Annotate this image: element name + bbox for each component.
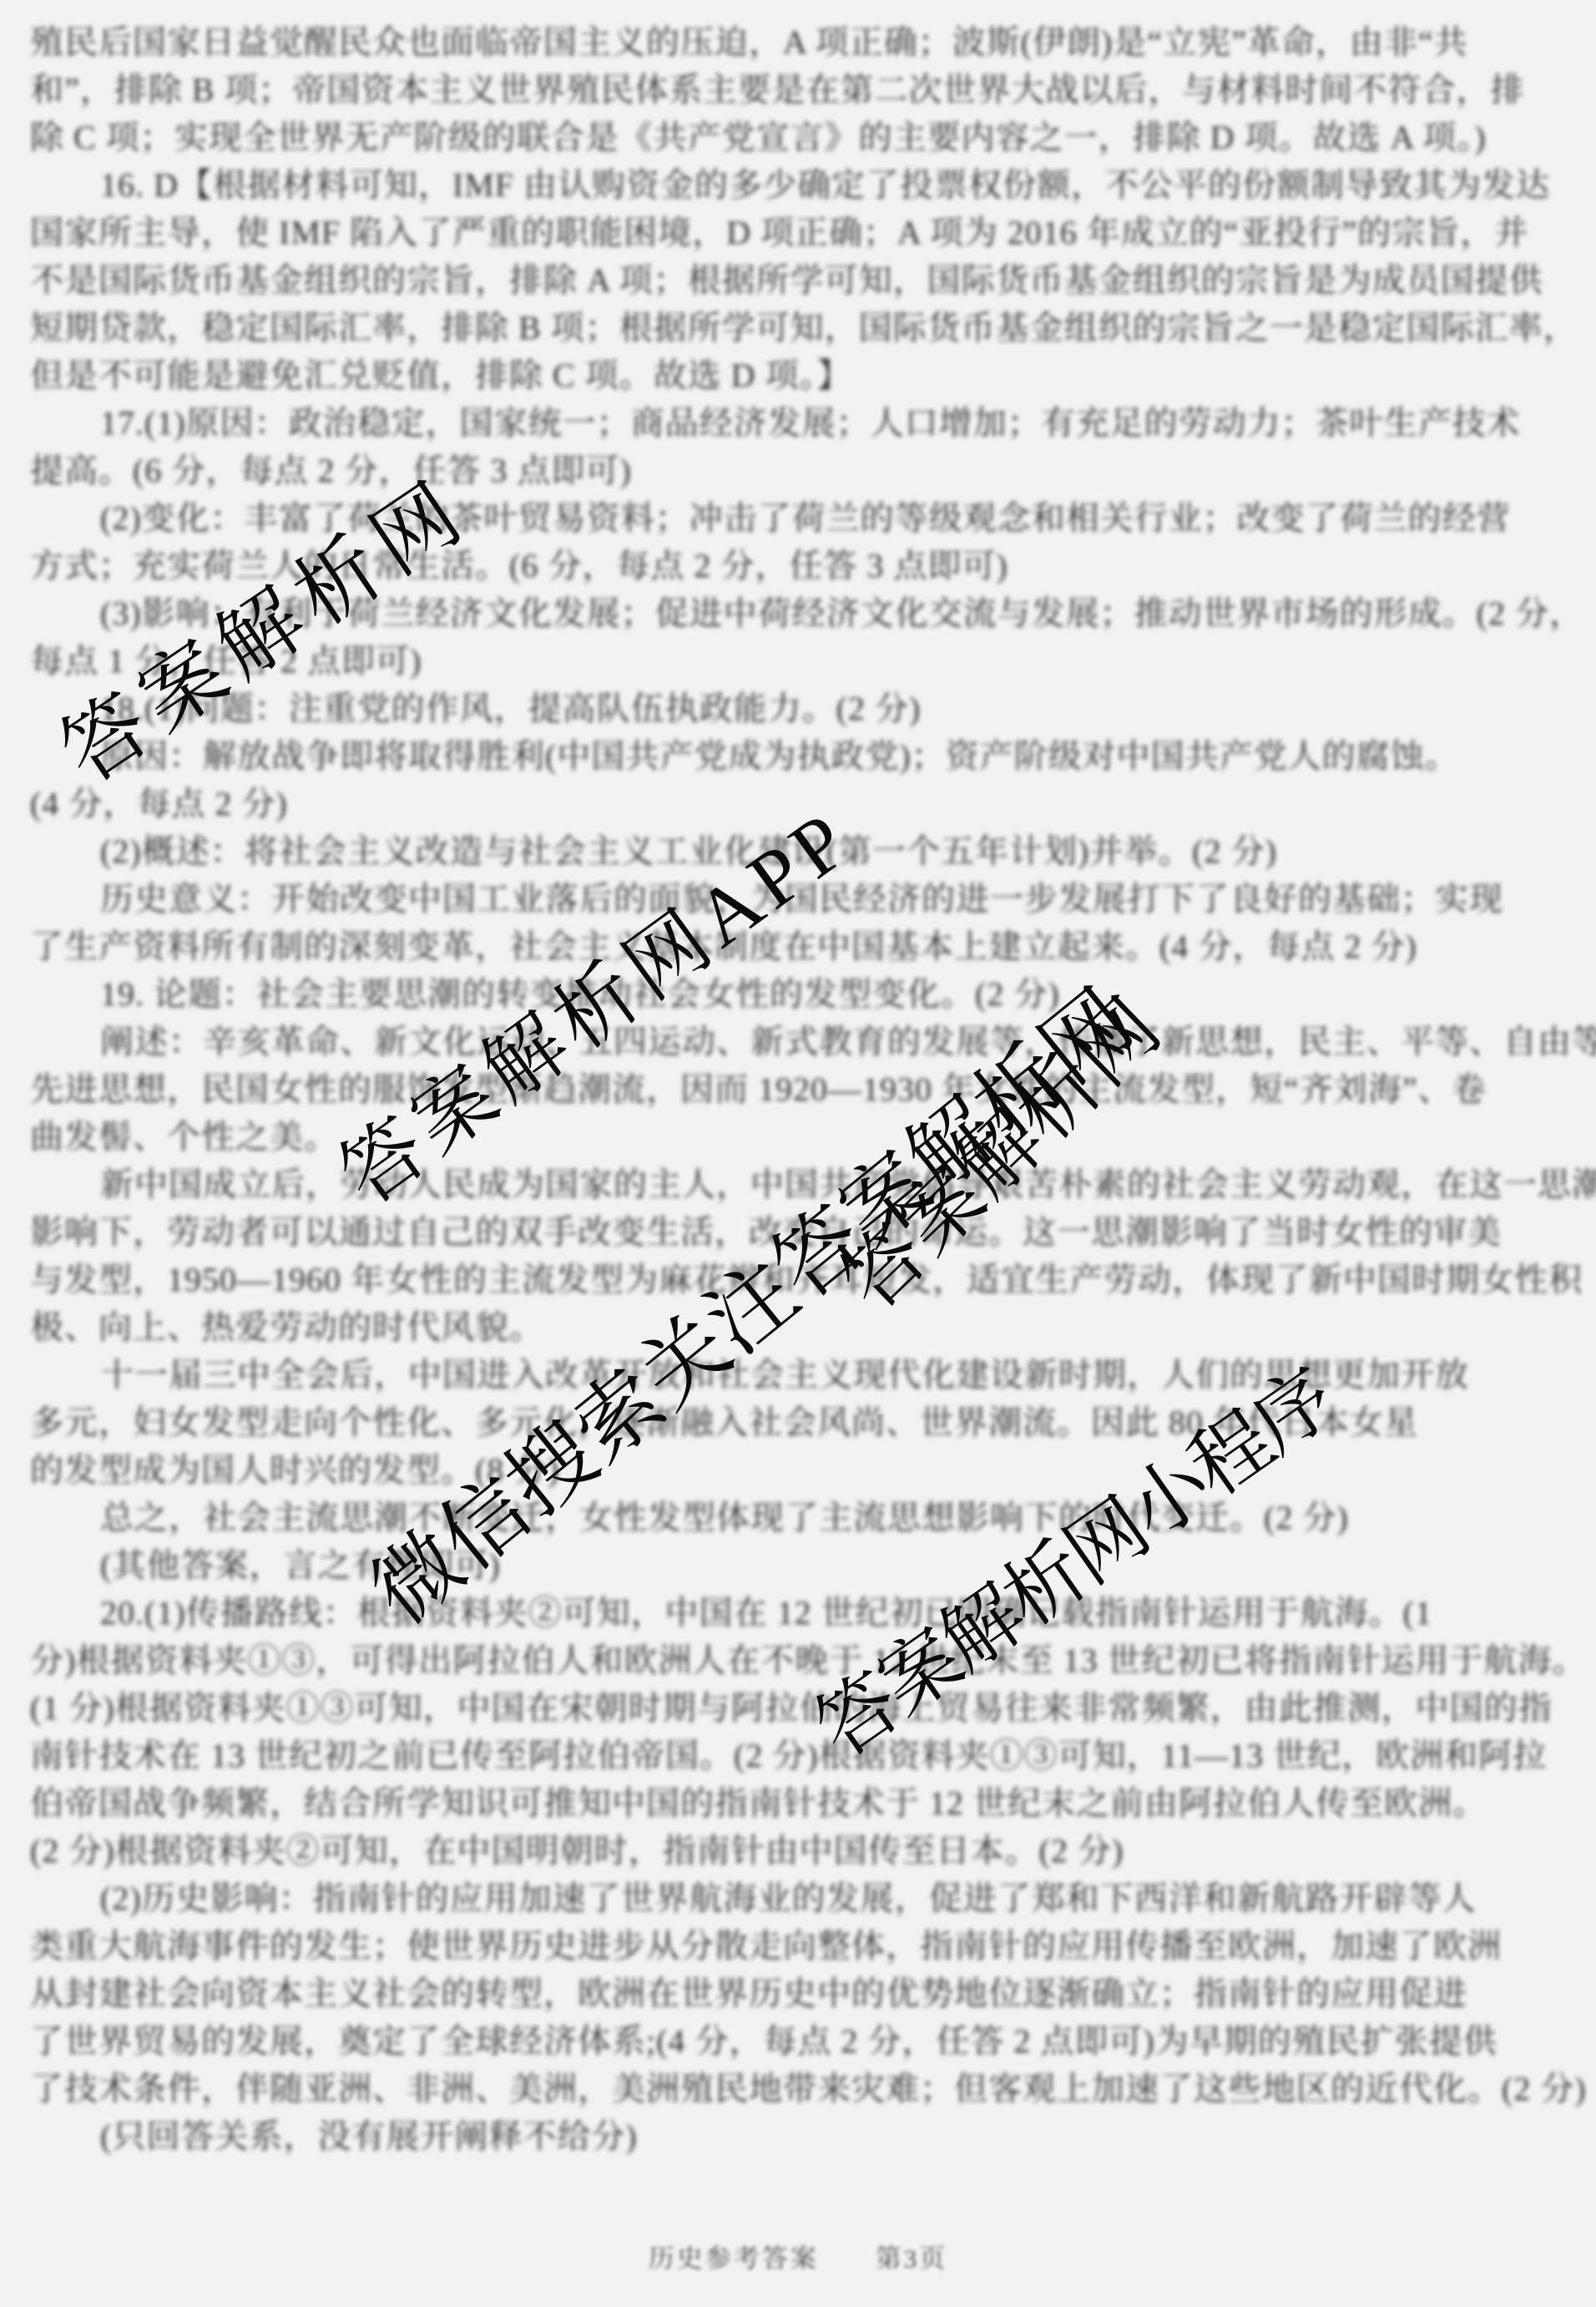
- text-line: 曲发髻、个性之美。: [30, 1113, 1576, 1161]
- text-line: (4 分，每点 2 分): [30, 780, 1576, 827]
- scanned-answer-page: 殖民后国家日益觉醒民众也面临帝国主义的压迫，A 项正确；波斯(伊朗)是“立宪”革…: [0, 0, 1596, 2307]
- text-line: 阐述：辛亥革命、新文化运动、五四运动、新式教育的发展等，传播了新思想，民主、平等…: [30, 1018, 1576, 1065]
- text-line: 16. D【根据材料可知，IMF 由认购资金的多少确定了投票权份额，不公平的份额…: [30, 161, 1576, 209]
- text-line: 影响下，劳动者可以通过自己的双手改变生活，改变自己的命运。这一思潮影响了当时女性…: [30, 1208, 1576, 1256]
- text-line: 除 C 项；实现全世界无产阶级的联合是《共产党宣言》的主要内容之一，排除 D 项…: [30, 114, 1576, 161]
- text-line: 短期贷款，稳定国际汇率，排除 B 项；根据所学可知，国际货币基金组织的宗旨之一是…: [30, 304, 1576, 352]
- text-line: 但是不可能是避免汇兑贬值，排除 C 项。故选 D 项。】: [30, 352, 1576, 399]
- text-line: 17.(1)原因：政治稳定，国家统一；商品经济发展；人口增加；有充足的劳动力；茶…: [30, 399, 1576, 447]
- text-line: 不是国际货币基金组织的宗旨，排除 A 项；根据所学可知，国际货币基金组织的宗旨是…: [30, 256, 1576, 304]
- text-line: (2 分)根据资料夹②可知，在中国明朝时，指南针由中国传至日本。(2 分): [30, 1827, 1576, 1874]
- text-line: 极、向上、热爱劳动的时代风貌。: [30, 1303, 1576, 1351]
- text-line: 了生产资料所有制的深刻变革，社会主义基本制度在中国基本上建立起来。(4 分，每点…: [30, 923, 1576, 970]
- page-footer: 历史参考答案 第3页: [649, 2238, 948, 2275]
- text-line: 从封建社会向资本主义社会的转型，欧洲在世界历史中的优势地位逐渐确立；指南针的应用…: [30, 1970, 1576, 2017]
- text-line: (2)历史影响：指南针的应用加速了世界航海业的发展，促进了郑和下西洋和新航路开辟…: [30, 1874, 1576, 1922]
- text-line: 方式；充实荷兰人的日常生活。(6 分，每点 2 分，任答 3 点即可): [30, 542, 1576, 589]
- text-block: 殖民后国家日益觉醒民众也面临帝国主义的压迫，A 项正确；波斯(伊朗)是“立宪”革…: [30, 18, 1576, 2160]
- text-line: 和”，排除 B 项；帝国资本主义世界殖民体系主要是在第二次世界大战以后，与材料时…: [30, 66, 1576, 114]
- text-line: 每点 1 分，任答 2 点即可): [30, 637, 1576, 685]
- text-line: 与发型，1950—1960 年女性的主流发型为麻花辫和齐耳短发，适宜生产劳动，体…: [30, 1256, 1576, 1303]
- text-line: 南针技术在 13 世纪初之前已传至阿拉伯帝国。(2 分)根据资料夹①③可知，11…: [30, 1732, 1576, 1779]
- text-line: 的发型成为国人时兴的发型。(8 分): [30, 1446, 1576, 1494]
- text-line: (1 分)根据资料夹①③可知，中国在宋朝时期与阿拉伯的海上贸易往来非常频繁，由此…: [30, 1684, 1576, 1732]
- text-line: (其他答案，言之有理即可): [30, 1541, 1576, 1589]
- text-line: 分)根据资料夹①③，可得出阿拉伯人和欧洲人在不晚于 12 世纪末至 13 世纪初…: [30, 1637, 1576, 1684]
- text-line: 提高。(6 分，每点 2 分，任答 3 点即可): [30, 447, 1576, 494]
- text-line: 19. 论题：社会主要思潮的转变推动社会女性的发型变化。(2 分): [30, 970, 1576, 1018]
- text-line: 18.(1)问题：注重党的作风，提高队伍执政能力。(2 分): [30, 685, 1576, 732]
- text-line: 殖民后国家日益觉醒民众也面临帝国主义的压迫，A 项正确；波斯(伊朗)是“立宪”革…: [30, 18, 1576, 66]
- text-line: 多元，妇女发型走向个性化、多元化，逐渐融入社会风尚、世界潮流。因此 80 年代日…: [30, 1399, 1576, 1446]
- text-line: 20.(1)传播路线：根据资料夹②可知，中国在 12 世纪初已明确记载指南针运用…: [30, 1589, 1576, 1637]
- text-line: (3)影响：有利于荷兰经济文化发展；促进中荷经济文化交流与发展；推动世界市场的形…: [30, 589, 1576, 637]
- text-line: (2)概述：将社会主义改造与社会主义工业化建设(第一个五年计划)并举。(2 分): [30, 827, 1576, 875]
- text-line: 了世界贸易的发展，奠定了全球经济体系;(4 分，每点 2 分，任答 2 点即可)…: [30, 2017, 1576, 2065]
- text-line: 类重大航海事件的发生；使世界历史进步从分散走向整体，指南针的应用传播至欧洲，加速…: [30, 1922, 1576, 1970]
- text-line: 伯帝国战争频繁，结合所学知识可推知中国的指南针技术于 12 世纪末之前由阿拉伯人…: [30, 1779, 1576, 1827]
- text-line: 新中国成立后，劳动人民成为国家的主人，中国共产党倡导艰苦朴素的社会主义劳动观，在…: [30, 1161, 1576, 1208]
- text-line: 原因：解放战争即将取得胜利(中国共产党成为执政党)；资产阶级对中国共产党人的腐蚀…: [30, 732, 1576, 780]
- text-line: 国家所主导，使 IMF 陷入了严重的职能困境，D 项正确；A 项为 2016 年…: [30, 209, 1576, 256]
- text-line: 了技术条件，伴随亚洲、非洲、美洲，美洲殖民地带来灾难；但客观上加速了这些地区的近…: [30, 2065, 1576, 2112]
- text-line: 总之，社会主流思潮不断变迁，女性发型体现了主流思想影响下的时代变迁。(2 分): [30, 1494, 1576, 1541]
- text-line: (2)变化：丰富了荷兰的茶叶贸易资料；冲击了荷兰的等级观念和相关行业；改变了荷兰…: [30, 494, 1576, 542]
- text-line: 先进思想，民国女性的服饰发型渐趋潮流，因而 1920—1930 年女性的主流发型…: [30, 1065, 1576, 1113]
- text-line: 十一届三中全会后，中国进入改革开放和社会主义现代化建设新时期，人们的思想更加开放: [30, 1351, 1576, 1399]
- text-line: (只回答关系，没有展开阐释不给分): [30, 2112, 1576, 2160]
- text-line: 历史意义：开始改变中国工业落后的面貌，为国民经济的进一步发展打下了良好的基础；实…: [30, 875, 1576, 923]
